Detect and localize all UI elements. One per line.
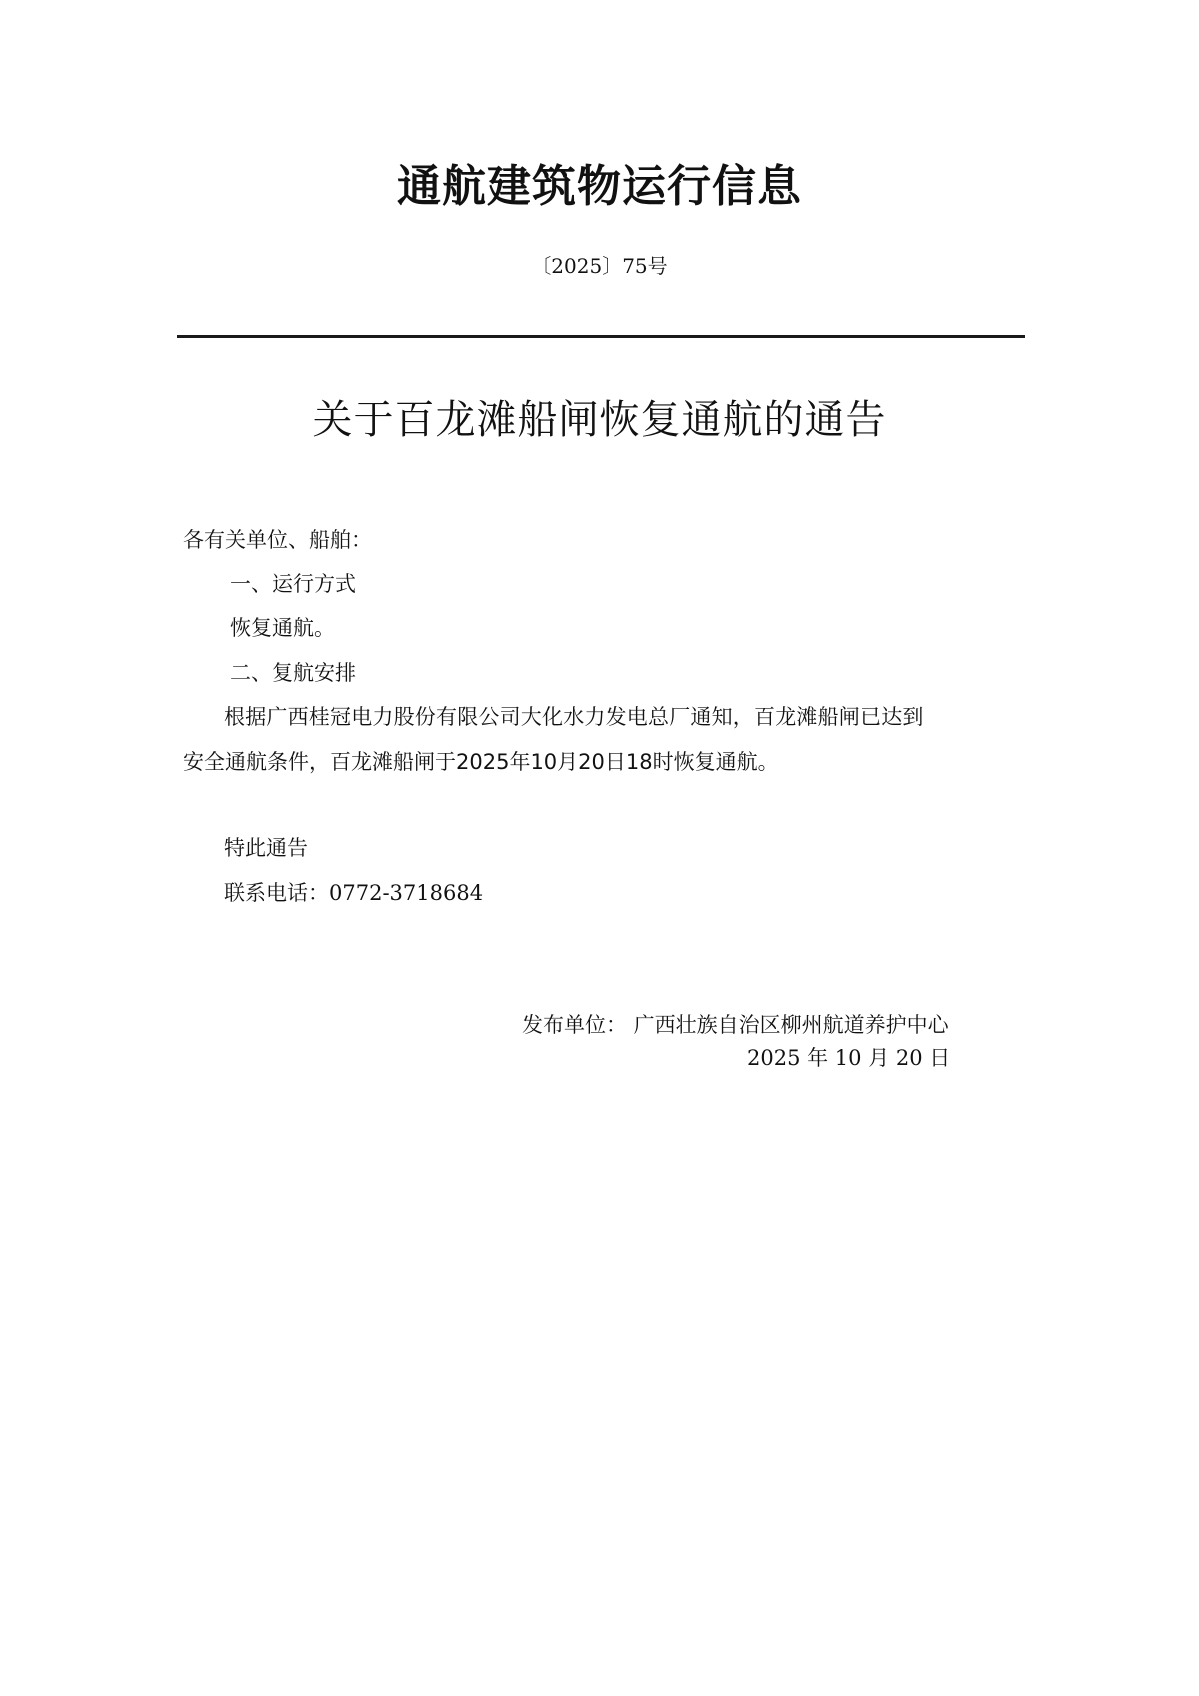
section-2-heading: 二、复航安排 bbox=[230, 659, 356, 687]
section-2-paragraph-line-1: 根据广西桂冠电力股份有限公司大化水力发电总厂通知，百龙滩船闸已达到 bbox=[224, 703, 924, 731]
publish-date: 2025 年 10 月 20 日 bbox=[747, 1044, 950, 1072]
document-number: 〔2025〕75号 bbox=[0, 250, 1199, 279]
section-1-body: 恢复通航。 bbox=[230, 614, 335, 642]
salutation: 各有关单位、船舶： bbox=[183, 526, 372, 554]
publisher: 发布单位： 广西壮族自治区柳州航道养护中心 bbox=[522, 1011, 949, 1039]
notice-title: 关于百龙滩船闸恢复通航的通告 bbox=[0, 388, 1199, 445]
header-divider bbox=[177, 335, 1025, 338]
closing-remark: 特此通告 bbox=[224, 834, 308, 862]
contact-phone: 联系电话：0772-3718684 bbox=[224, 879, 483, 907]
section-1-heading: 一、运行方式 bbox=[230, 570, 356, 598]
section-2-paragraph-line-2: 安全通航条件，百龙滩船闸于2025年10月20日18时恢复通航。 bbox=[183, 748, 779, 776]
document-title: 通航建筑物运行信息 bbox=[0, 150, 1199, 214]
